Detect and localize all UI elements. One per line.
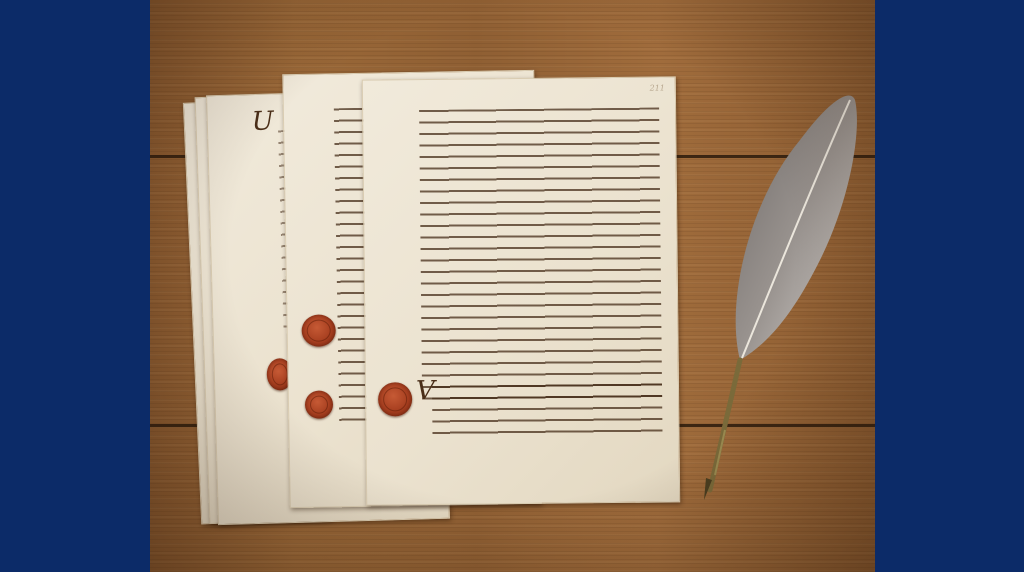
right-frame-bar xyxy=(875,0,1024,572)
quill-pen-icon xyxy=(150,0,875,572)
left-frame-bar xyxy=(0,0,150,572)
wooden-table: U 211 V xyxy=(150,0,875,572)
